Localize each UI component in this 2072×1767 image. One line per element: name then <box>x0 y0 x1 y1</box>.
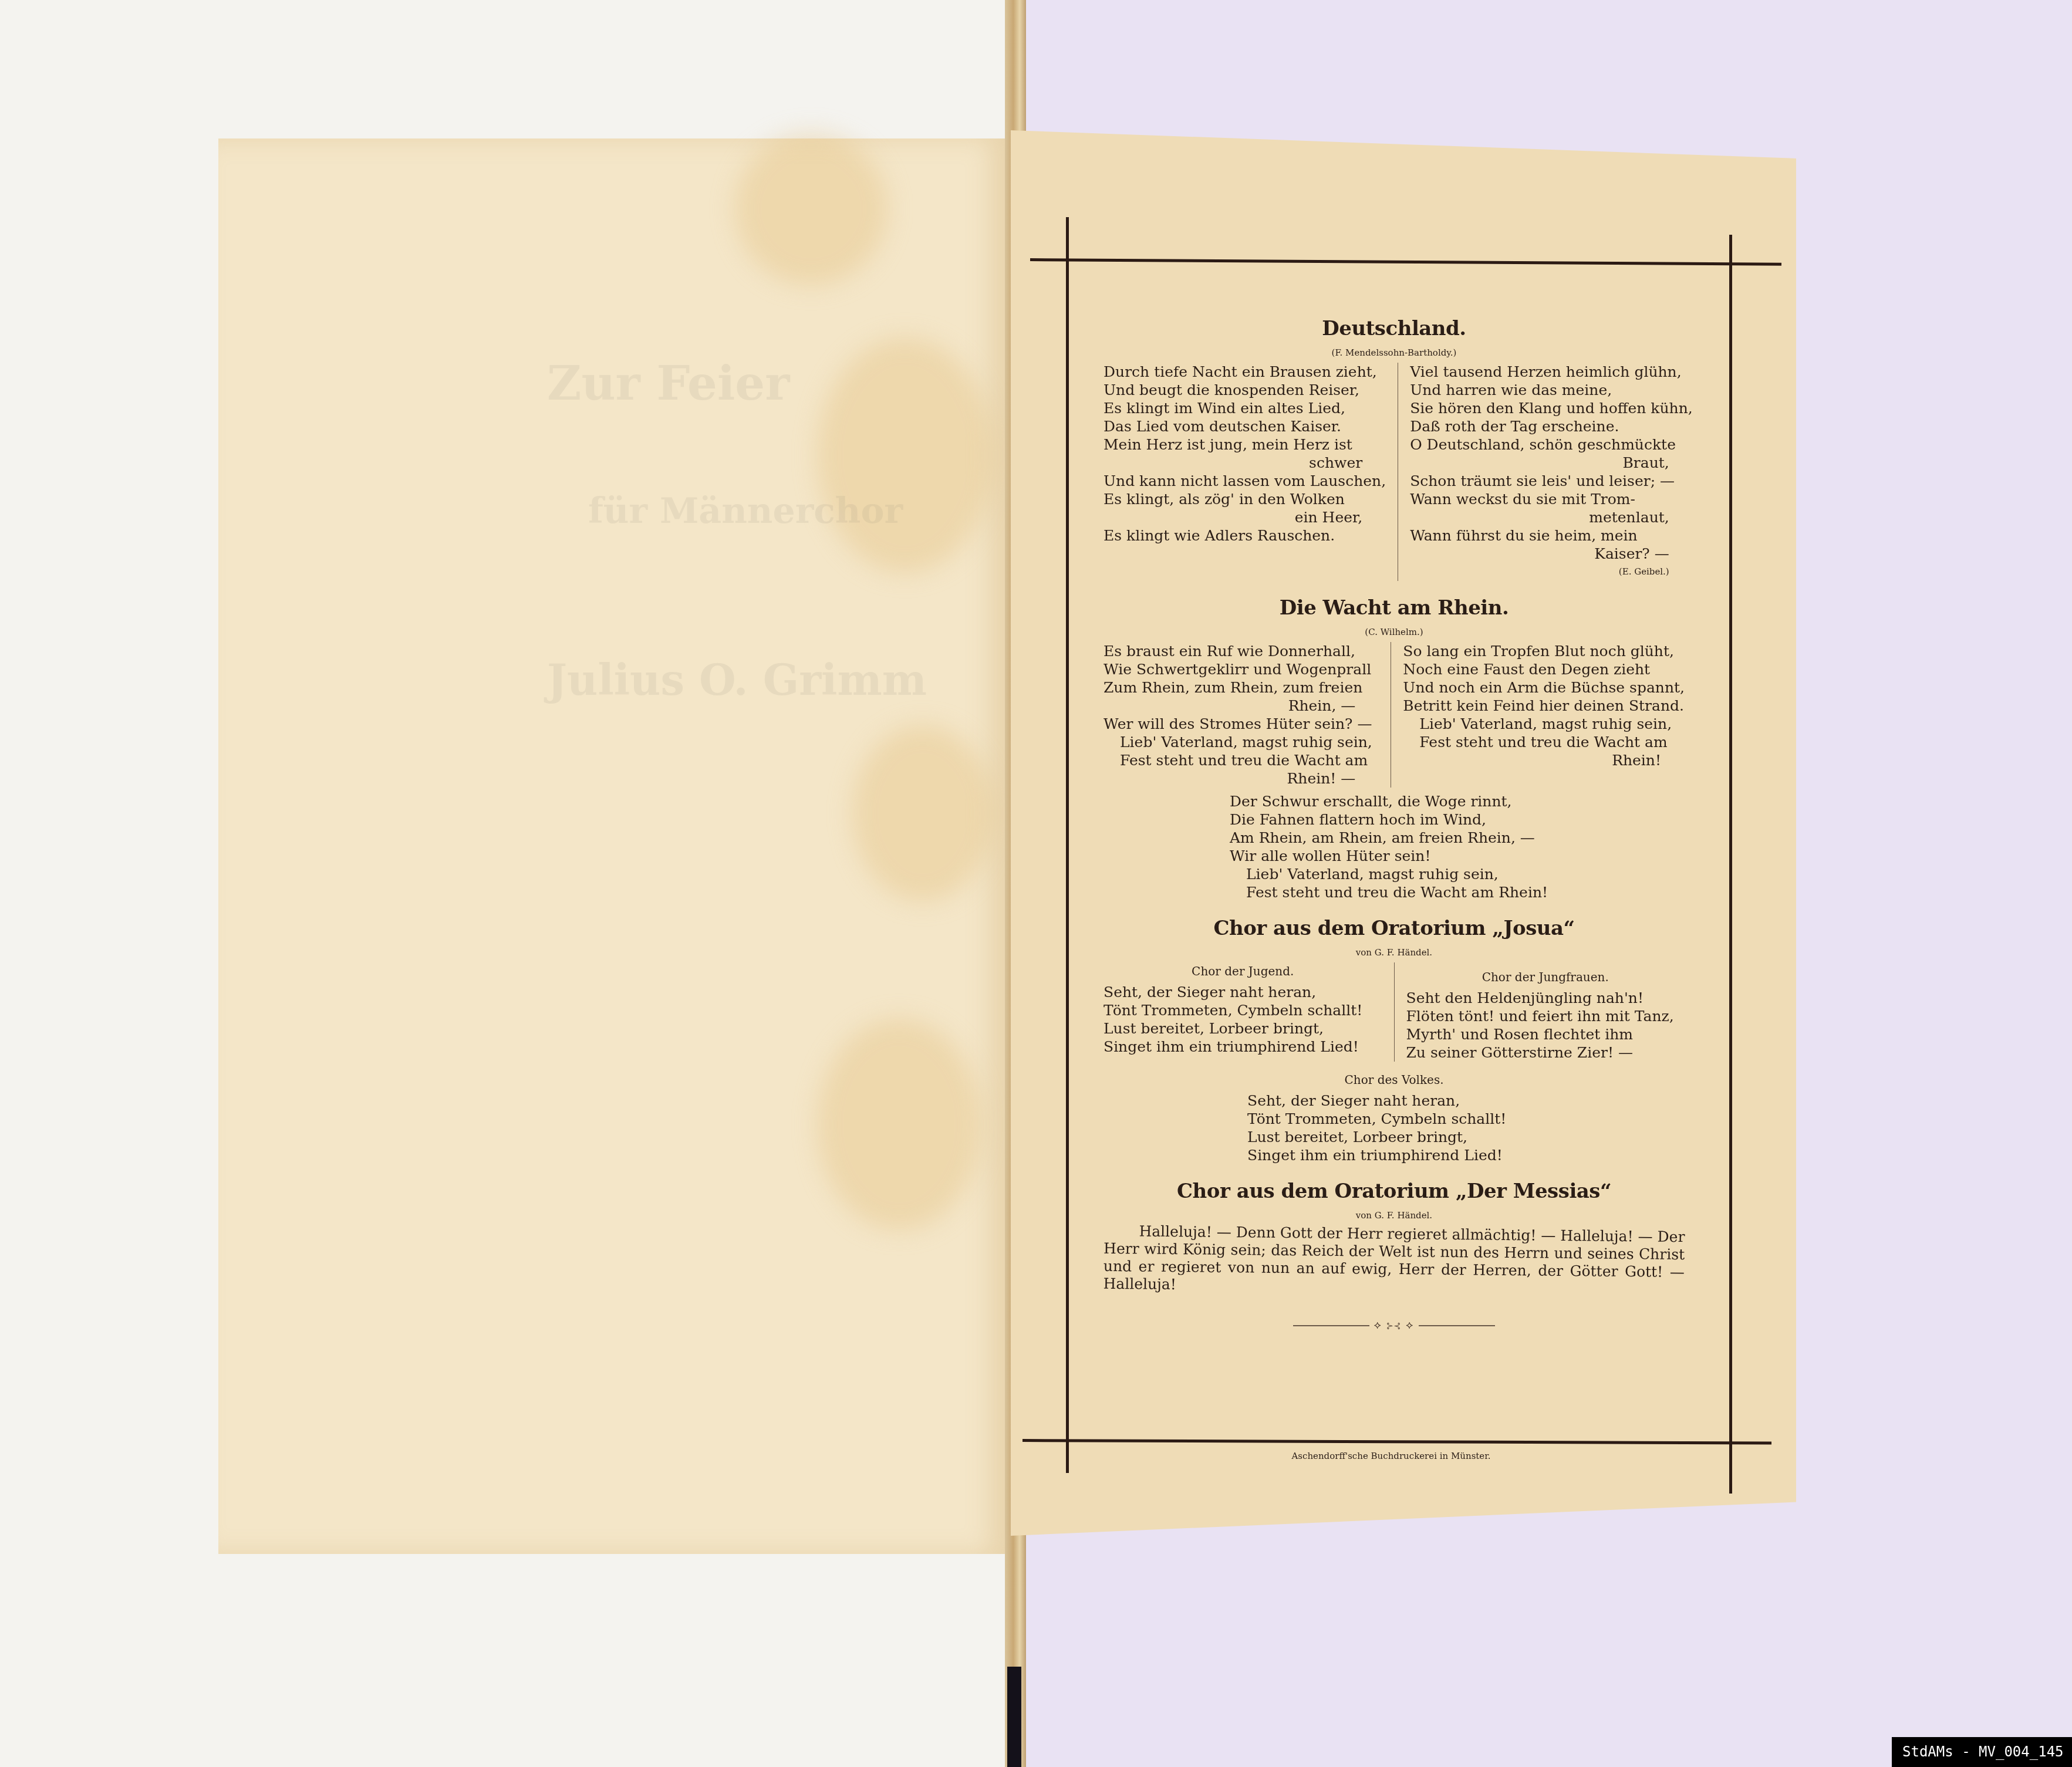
verse-left: Es braust ein Ruf wie Donnerhall, Wie Sc… <box>1104 642 1391 788</box>
verse-line: Sie hören den Klang und hoffen kühn, <box>1410 399 1693 417</box>
verse-line: Und beugt die knospenden Reiser, <box>1104 381 1386 399</box>
verse-line: Lust bereitet, Lorbeer bringt, <box>1247 1128 1541 1146</box>
printer-imprint: Aschendorff'sche Buchdruckerei in Münste… <box>1256 1451 1526 1461</box>
foxing-stain <box>735 133 887 285</box>
verse-line-continuation: Rhein! — <box>1104 769 1379 788</box>
verse-line: Die Fahnen flattern hoch im Wind, <box>1230 810 1558 829</box>
verse-line: Viel tausend Herzen heimlich glühn, <box>1410 363 1693 381</box>
left-page: Zur Feier für Männerchor Julius O. Grimm <box>218 138 1008 1554</box>
verse-line: Es klingt, als zög' in den Wolken <box>1104 490 1386 508</box>
refrain-line: Fest steht und treu die Wacht am <box>1403 733 1685 751</box>
foxing-stain <box>852 725 993 901</box>
verse-line-continuation: Braut, <box>1410 454 1693 472</box>
verse-line-continuation: Rhein! <box>1403 751 1685 769</box>
frame-rule-left <box>1066 217 1069 1473</box>
refrain-line: Lieb' Vaterland, magst ruhig sein, <box>1230 865 1558 883</box>
verse-columns: Durch tiefe Nacht ein Brausen zieht, Und… <box>1104 363 1685 581</box>
frame-rule-right <box>1729 235 1732 1494</box>
verse-line-continuation: Kaiser? — <box>1410 545 1693 563</box>
verse-line: Schon träumt sie leis' und leiser; — <box>1410 472 1693 490</box>
verse-line: Der Schwur erschallt, die Woge rinnt, <box>1230 792 1558 810</box>
composer-credit: von G. F. Händel. <box>1104 947 1685 958</box>
verse-line: Wann weckst du sie mit Trom- <box>1410 490 1693 508</box>
verse-line: Es braust ein Ruf wie Donnerhall, <box>1104 642 1379 660</box>
section-title: Deutschland. <box>1104 317 1685 340</box>
verse-line: Seht, der Sieger naht heran, <box>1247 1092 1541 1110</box>
verse-right: So lang ein Tropfen Blut noch glüht, Noc… <box>1391 642 1685 788</box>
verse-line-continuation: Rhein, — <box>1104 697 1379 715</box>
section-title: Chor aus dem Oratorium „Der Messias“ <box>1104 1180 1685 1203</box>
verse-line: Myrth' und Rosen flechtet ihm <box>1406 1025 1685 1043</box>
verse-line: Zum Rhein, zum Rhein, zum freien <box>1104 678 1379 697</box>
archive-label: StdAMs - MV_004_145 <box>1892 1737 2072 1767</box>
bleed-through-subtitle: für Männerchor <box>588 491 903 532</box>
verse-line: Tönt Trommeten, Cymbeln schallt! <box>1104 1001 1382 1019</box>
verse-line: Zu seiner Götterstirne Zier! — <box>1406 1043 1685 1062</box>
verse-right: Viel tausend Herzen heimlich glühn, Und … <box>1398 363 1693 581</box>
verse-line: Flöten tönt! und feiert ihn mit Tanz, <box>1406 1007 1685 1025</box>
composer-credit: (F. Mendelssohn-Bartholdy.) <box>1104 347 1685 358</box>
choir-heading: Chor der Jugend. <box>1104 962 1382 981</box>
verse-line: O Deutschland, schön geschmückte <box>1410 435 1693 454</box>
verse-line: Und harren wie das meine, <box>1410 381 1693 399</box>
ornament-divider: ⟡ ⊱⊰ ⟡ <box>1104 1319 1685 1332</box>
section-josua: Chor aus dem Oratorium „Josua“ von G. F.… <box>1104 917 1685 1164</box>
section-deutschland: Deutschland. (F. Mendelssohn-Bartholdy.)… <box>1104 317 1685 581</box>
verse-left: Durch tiefe Nacht ein Brausen zieht, Und… <box>1104 363 1398 581</box>
bleed-through-title: Zur Feier <box>547 356 789 411</box>
choir-heading: Chor der Jungfrauen. <box>1406 968 1685 986</box>
bleed-through-author: Julius O. Grimm <box>547 655 927 705</box>
verse-line: So lang ein Tropfen Blut noch glüht, <box>1403 642 1685 660</box>
verse-line: Das Lied vom deutschen Kaiser. <box>1104 417 1386 435</box>
verse-line-continuation: ein Heer, <box>1104 508 1386 526</box>
choir-heading: Chor des Volkes. <box>1247 1071 1541 1089</box>
verse-line: Betritt kein Feind hier deinen Strand. <box>1403 697 1685 715</box>
verse-line: Wer will des Stromes Hüter sein? — <box>1104 715 1379 733</box>
verse-columns: Es braust ein Ruf wie Donnerhall, Wie Sc… <box>1104 642 1685 788</box>
halleluja-text: Halleluja! — Denn Gott der Herr regieret… <box>1103 1222 1685 1299</box>
refrain-line: Lieb' Vaterland, magst ruhig sein, <box>1403 715 1685 733</box>
verse-line: Lust bereitet, Lorbeer bringt, <box>1104 1019 1382 1038</box>
verse-line: Durch tiefe Nacht ein Brausen zieht, <box>1104 363 1386 381</box>
foxing-stain <box>817 1019 981 1230</box>
section-messias: Chor aus dem Oratorium „Der Messias“ von… <box>1104 1180 1685 1332</box>
verse-line: Seht den Heldenjüngling nah'n! <box>1406 989 1685 1007</box>
section-title: Die Wacht am Rhein. <box>1104 596 1685 620</box>
verse-line: Daß roth der Tag erscheine. <box>1410 417 1693 435</box>
verse-line: Singet ihm ein triumphirend Lied! <box>1247 1146 1541 1164</box>
verse-line: Wir alle wollen Hüter sein! <box>1230 847 1558 865</box>
verse-line: Mein Herz ist jung, mein Herz ist <box>1104 435 1386 454</box>
verse-line: Wie Schwertgeklirr und Wogenprall <box>1104 660 1379 678</box>
volk-stanza: Chor des Volkes. Seht, der Sieger naht h… <box>1247 1071 1541 1164</box>
verse-line: Es klingt im Wind ein altes Lied, <box>1104 399 1386 417</box>
poet-credit: (E. Geibel.) <box>1410 563 1693 581</box>
verse-line: Es klingt wie Adlers Rauschen. <box>1104 526 1386 545</box>
final-stanza: Der Schwur erschallt, die Woge rinnt, Di… <box>1230 792 1558 901</box>
verse-line-continuation: metenlaut, <box>1410 508 1693 526</box>
verse-line: Tönt Trommeten, Cymbeln schallt! <box>1247 1110 1541 1128</box>
refrain-line: Fest steht und treu die Wacht am <box>1104 751 1379 769</box>
ornament-rule <box>1419 1325 1495 1326</box>
section-wacht-am-rhein: Die Wacht am Rhein. (C. Wilhelm.) Es bra… <box>1104 596 1685 901</box>
refrain-line: Lieb' Vaterland, magst ruhig sein, <box>1104 733 1379 751</box>
verse-left: Chor der Jugend. Seht, der Sieger naht h… <box>1104 962 1394 1062</box>
verse-line: Und noch ein Arm die Büchse spannt, <box>1403 678 1685 697</box>
verse-line: Wann führst du sie heim, mein <box>1410 526 1693 545</box>
verse-line: Noch eine Faust den Degen zieht <box>1403 660 1685 678</box>
verse-line-continuation: schwer <box>1104 454 1386 472</box>
spine-binding <box>1007 1667 1021 1767</box>
ornament-glyph: ⟡ ⊱⊰ ⟡ <box>1374 1319 1414 1332</box>
composer-credit: von G. F. Händel. <box>1104 1210 1685 1221</box>
refrain-line: Fest steht und treu die Wacht am Rhein! <box>1230 883 1558 901</box>
song-sheet: Deutschland. (F. Mendelssohn-Bartholdy.)… <box>1104 317 1685 1332</box>
composer-credit: (C. Wilhelm.) <box>1104 627 1685 637</box>
verse-line: Und kann nicht lassen vom Lauschen, <box>1104 472 1386 490</box>
verse-line: Singet ihm ein triumphirend Lied! <box>1104 1038 1382 1056</box>
ornament-rule <box>1293 1325 1369 1326</box>
verse-columns: Chor der Jugend. Seht, der Sieger naht h… <box>1104 962 1685 1062</box>
verse-line: Am Rhein, am Rhein, am freien Rhein, — <box>1230 829 1558 847</box>
verse-line: Seht, der Sieger naht heran, <box>1104 983 1382 1001</box>
section-title: Chor aus dem Oratorium „Josua“ <box>1104 917 1685 940</box>
foxing-stain <box>817 338 993 573</box>
verse-right: Chor der Jungfrauen. Seht den Heldenjüng… <box>1394 962 1685 1062</box>
